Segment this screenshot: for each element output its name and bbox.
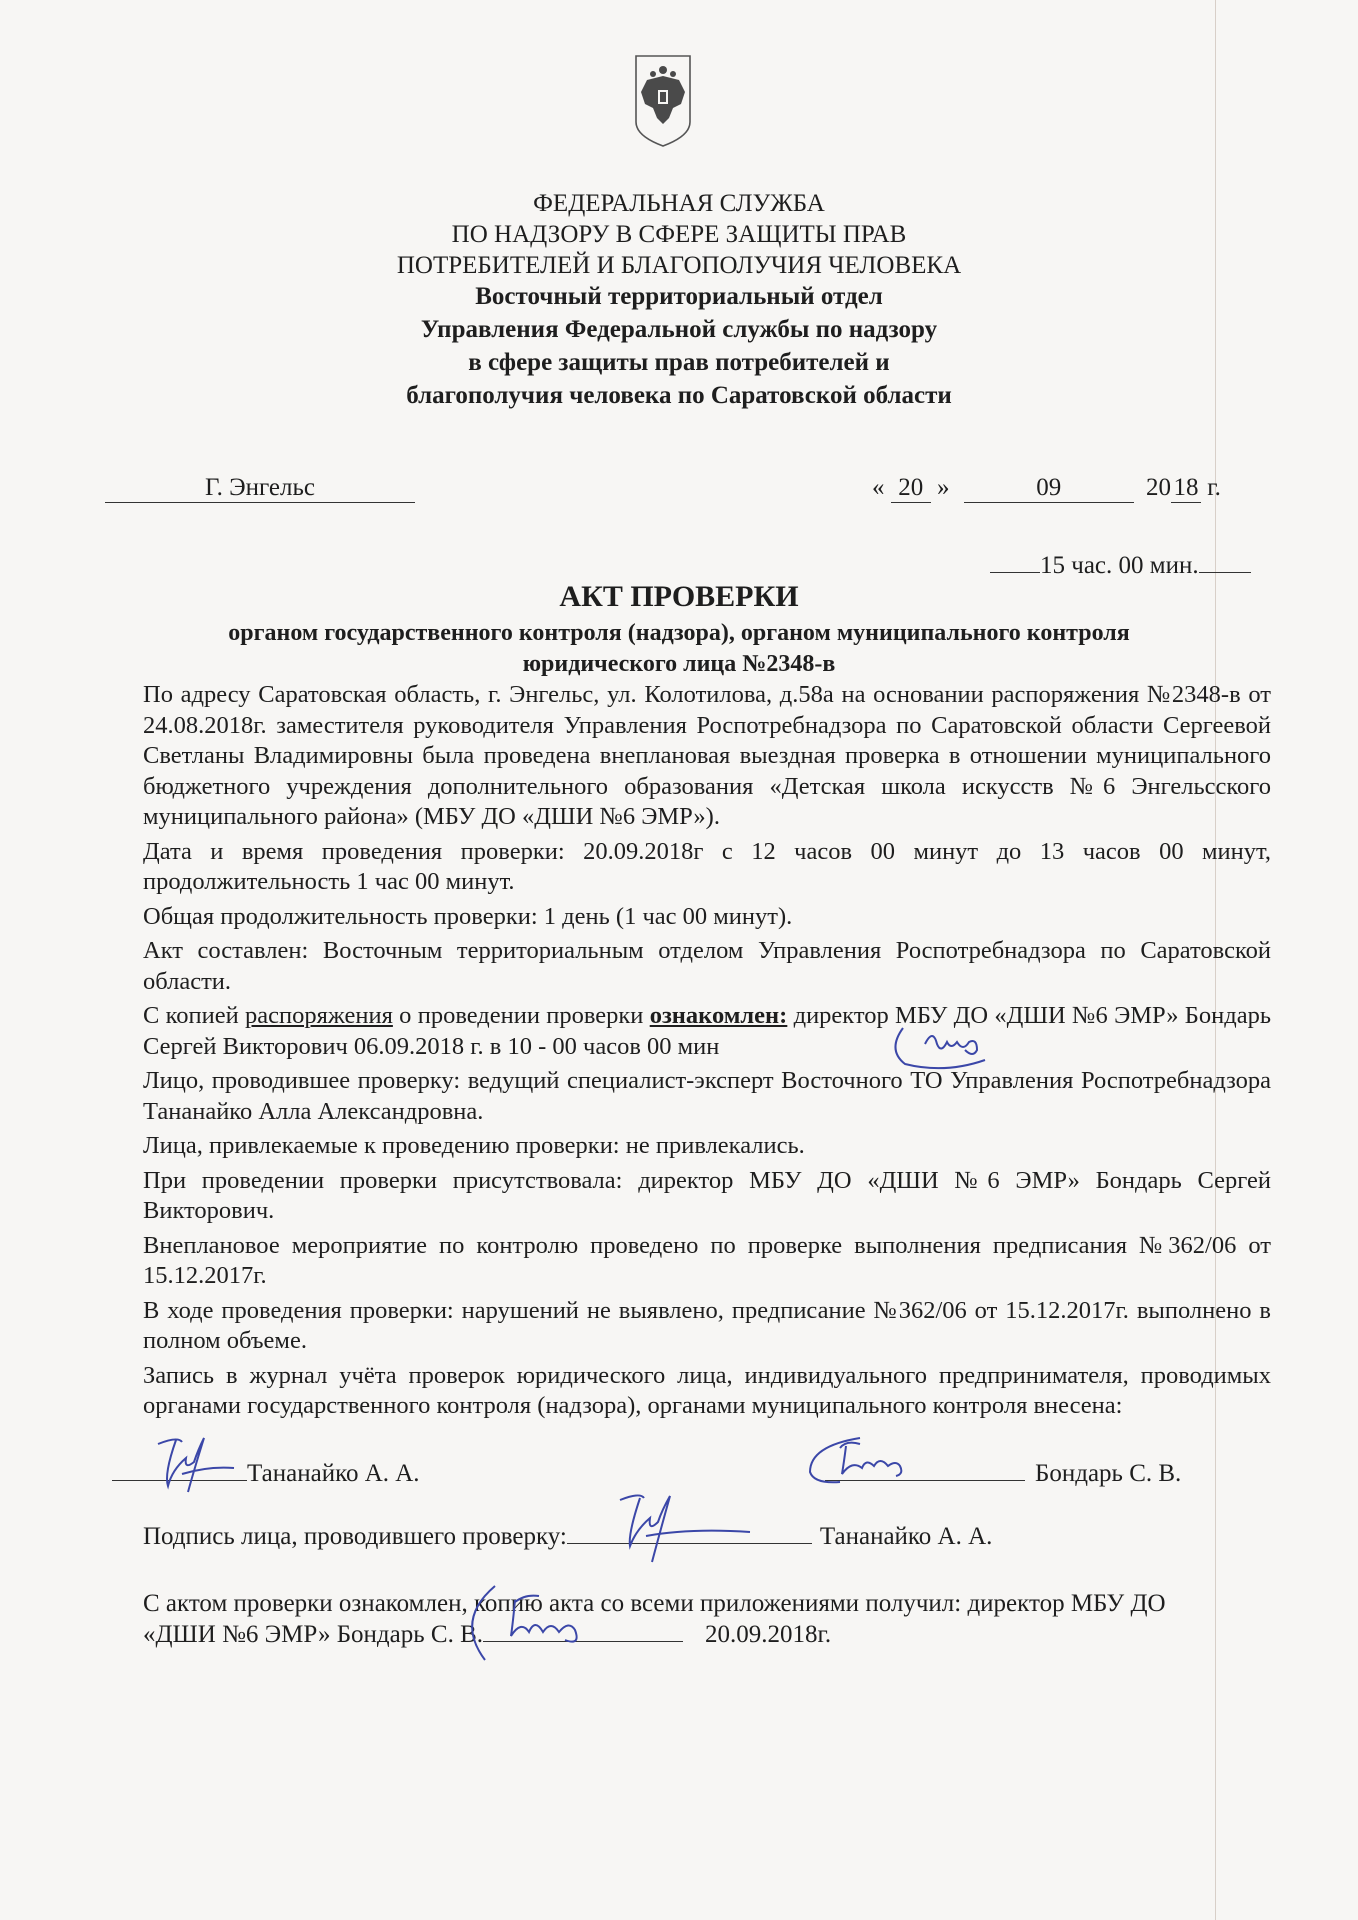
inspector-signature-2-icon [600, 1490, 760, 1575]
paragraph-inspector: Лицо, проводившее проверку: ведущий спец… [143, 1066, 1271, 1127]
agency-line-3: ПОТРЕБИТЕЛЕЙ И БЛАГОПОЛУЧИЯ ЧЕЛОВЕКА [0, 250, 1358, 281]
department-line-1: Восточный территориальный отдел [0, 281, 1358, 312]
paragraph-result: В ходе проведения проверки: нарушений не… [143, 1296, 1271, 1357]
document-subtitle-1: органом государственного контроля (надзо… [0, 618, 1358, 649]
date-year-prefix: 20 [1146, 474, 1171, 501]
paragraph-journal: Запись в журнал учёта проверок юридическ… [143, 1361, 1271, 1422]
city-field: Г. Энгельс [105, 474, 415, 503]
director-name: Бондарь С. В. [1035, 1460, 1181, 1487]
inspector-signature-line: Подпись лица, проводившего проверку:Тана… [143, 1523, 992, 1551]
paragraph-acquainted: С копией распоряжения о проведении прове… [143, 1001, 1271, 1062]
paragraph-date-time: Дата и время проведения проверки: 20.09.… [143, 837, 1271, 898]
russian-coat-of-arms-icon [633, 52, 693, 148]
department-line-3: в сфере защиты прав потребителей и [0, 347, 1358, 378]
inspector-name-2: Тананайко А. А. [820, 1523, 993, 1550]
department-line-2: Управления Федеральной службы по надзору [0, 314, 1358, 345]
inspector-signature-1-icon [138, 1430, 248, 1505]
acknowledgement-date: 20.09.2018г. [705, 1621, 831, 1648]
paragraph-unscheduled: Внеплановое мероприятие по контролю пров… [143, 1231, 1271, 1292]
city-value: Г. Энгельс [105, 474, 415, 503]
director-signature-2-icon [800, 1432, 1020, 1497]
director-signature-3-icon [455, 1580, 675, 1675]
time-field: 15 час. 00 мин. [990, 552, 1251, 580]
date-field: « 20 » 09 2018 г. [872, 474, 1221, 503]
agency-line-2: ПО НАДЗОРУ В СФЕРЕ ЗАЩИТЫ ПРАВ [0, 219, 1358, 250]
paragraph-present: При проведении проверки присутствовала: … [143, 1166, 1271, 1227]
document-subtitle-2: юридического лица №2348-в [0, 649, 1358, 680]
department-line-4: благополучия человека по Саратовской обл… [0, 380, 1358, 411]
paragraph-duration: Общая продолжительность проверки: 1 день… [143, 902, 1271, 933]
paragraph-address: По адресу Саратовская область, г. Энгель… [143, 680, 1271, 833]
document-page: ФЕДЕРАЛЬНАЯ СЛУЖБА ПО НАДЗОРУ В СФЕРЕ ЗА… [0, 0, 1358, 1920]
director-signature-1-icon [885, 1020, 1065, 1085]
paragraph-involved: Лица, привлекаемые к проведению проверки… [143, 1131, 1271, 1162]
date-year-suffix: 18 [1171, 474, 1201, 503]
inspector-signature-label: Подпись лица, проводившего проверку: [143, 1523, 567, 1550]
quote-close: » [937, 474, 950, 501]
date-day: 20 [891, 474, 931, 503]
document-body: По адресу Саратовская область, г. Энгель… [143, 680, 1271, 1426]
quote-open: « [872, 474, 885, 501]
document-title: АКТ ПРОВЕРКИ [0, 580, 1358, 614]
paragraph-compiled-by: Акт составлен: Восточным территориальным… [143, 936, 1271, 997]
time-value: 15 час. 00 мин. [1040, 552, 1199, 579]
inspector-name: Тананайко А. А. [247, 1460, 420, 1487]
agency-line-1: ФЕДЕРАЛЬНАЯ СЛУЖБА [0, 188, 1358, 219]
date-year-unit: г. [1207, 474, 1221, 501]
date-month: 09 [964, 474, 1134, 503]
